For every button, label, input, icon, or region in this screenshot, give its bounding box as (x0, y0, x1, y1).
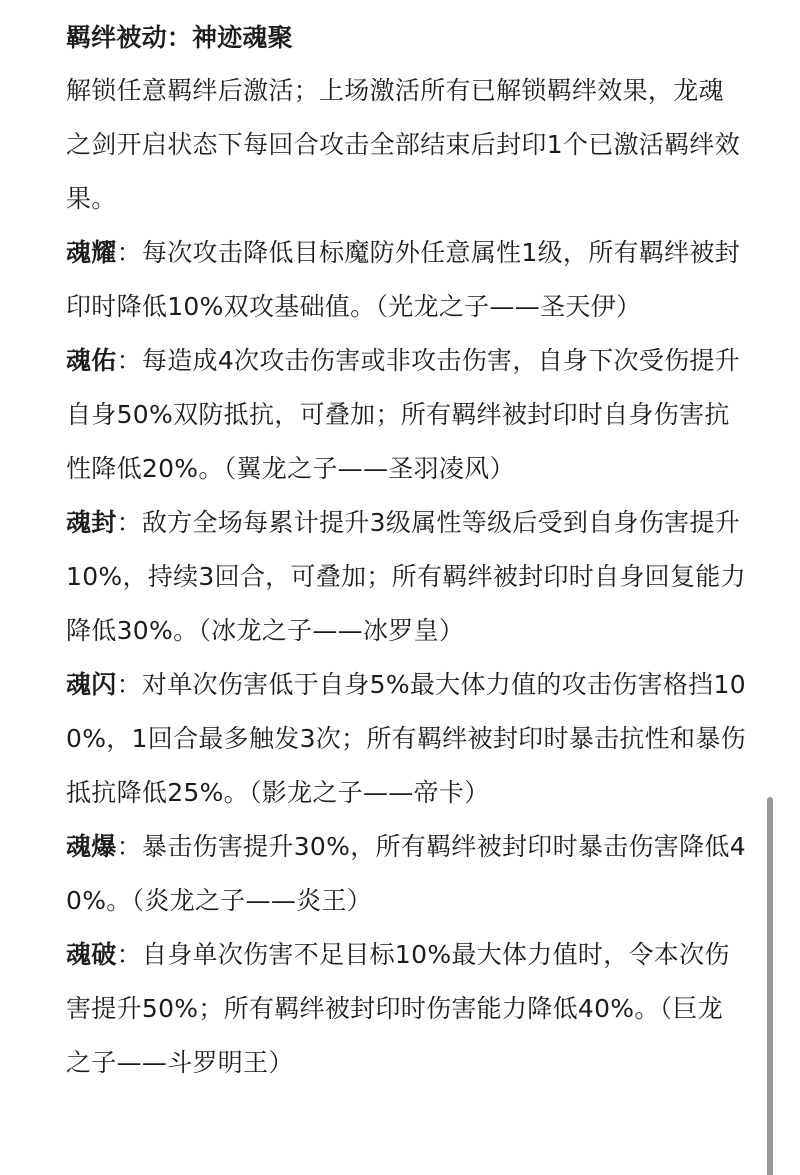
effect-separator: ： (117, 238, 142, 267)
effect-paragraph-hun-bao: 魂爆：暴击伤害提升30%，所有羁绊被封印时暴击伤害降低40%。（炎龙之子——炎王… (66, 820, 746, 928)
effect-text: 暴击伤害提升30%，所有羁绊被封印时暴击伤害降低40%。（炎龙之子——炎王） (66, 832, 746, 915)
effect-separator: ： (117, 832, 142, 861)
effect-text: 每次攻击降低目标魔防外任意属性1级，所有羁绊被封印时降低10%双攻基础值。（光龙… (66, 238, 740, 321)
effect-separator: ： (117, 508, 142, 537)
effect-separator: ： (117, 346, 142, 375)
intro-paragraph: 解锁任意羁绊后激活；上场激活所有已解锁羁绊效果，龙魂之剑开启状态下每回合攻击全部… (66, 64, 746, 226)
vertical-scrollbar[interactable] (766, 0, 774, 1175)
scrollbar-thumb[interactable] (767, 797, 773, 1175)
effect-name: 魂闪 (66, 670, 117, 699)
effect-text: 对单次伤害低于自身5%最大体力值的攻击伤害格挡100%，1回合最多触发3次；所有… (66, 670, 746, 807)
effect-separator: ： (117, 940, 142, 969)
effect-name: 魂佑 (66, 346, 117, 375)
effect-text: 敌方全场每累计提升3级属性等级后受到自身伤害提升10%，持续3回合，可叠加；所有… (66, 508, 746, 645)
effect-name: 魂破 (66, 940, 117, 969)
effect-text: 自身单次伤害不足目标10%最大体力值时，令本次伤害提升50%；所有羁绊被封印时伤… (66, 940, 730, 1077)
effect-paragraph-hun-po: 魂破：自身单次伤害不足目标10%最大体力值时，令本次伤害提升50%；所有羁绊被封… (66, 928, 746, 1090)
effect-paragraph-hun-you: 魂佑：每造成4次攻击伤害或非攻击伤害，自身下次受伤提升自身50%双防抵抗，可叠加… (66, 334, 746, 496)
effect-text: 每造成4次攻击伤害或非攻击伤害，自身下次受伤提升自身50%双防抵抗，可叠加；所有… (66, 346, 740, 483)
effect-name: 魂耀 (66, 238, 117, 267)
effect-separator: ： (117, 670, 142, 699)
effect-paragraph-hun-shan: 魂闪：对单次伤害低于自身5%最大体力值的攻击伤害格挡100%，1回合最多触发3次… (66, 658, 746, 820)
page-title: 羁绊被动：神迹魂聚 (66, 12, 746, 64)
document-body: 羁绊被动：神迹魂聚 解锁任意羁绊后激活；上场激活所有已解锁羁绊效果，龙魂之剑开启… (66, 12, 746, 1090)
effect-paragraph-hun-yao: 魂耀：每次攻击降低目标魔防外任意属性1级，所有羁绊被封印时降低10%双攻基础值。… (66, 226, 746, 334)
effect-paragraph-hun-feng: 魂封：敌方全场每累计提升3级属性等级后受到自身伤害提升10%，持续3回合，可叠加… (66, 496, 746, 658)
effect-name: 魂封 (66, 508, 117, 537)
effect-name: 魂爆 (66, 832, 117, 861)
